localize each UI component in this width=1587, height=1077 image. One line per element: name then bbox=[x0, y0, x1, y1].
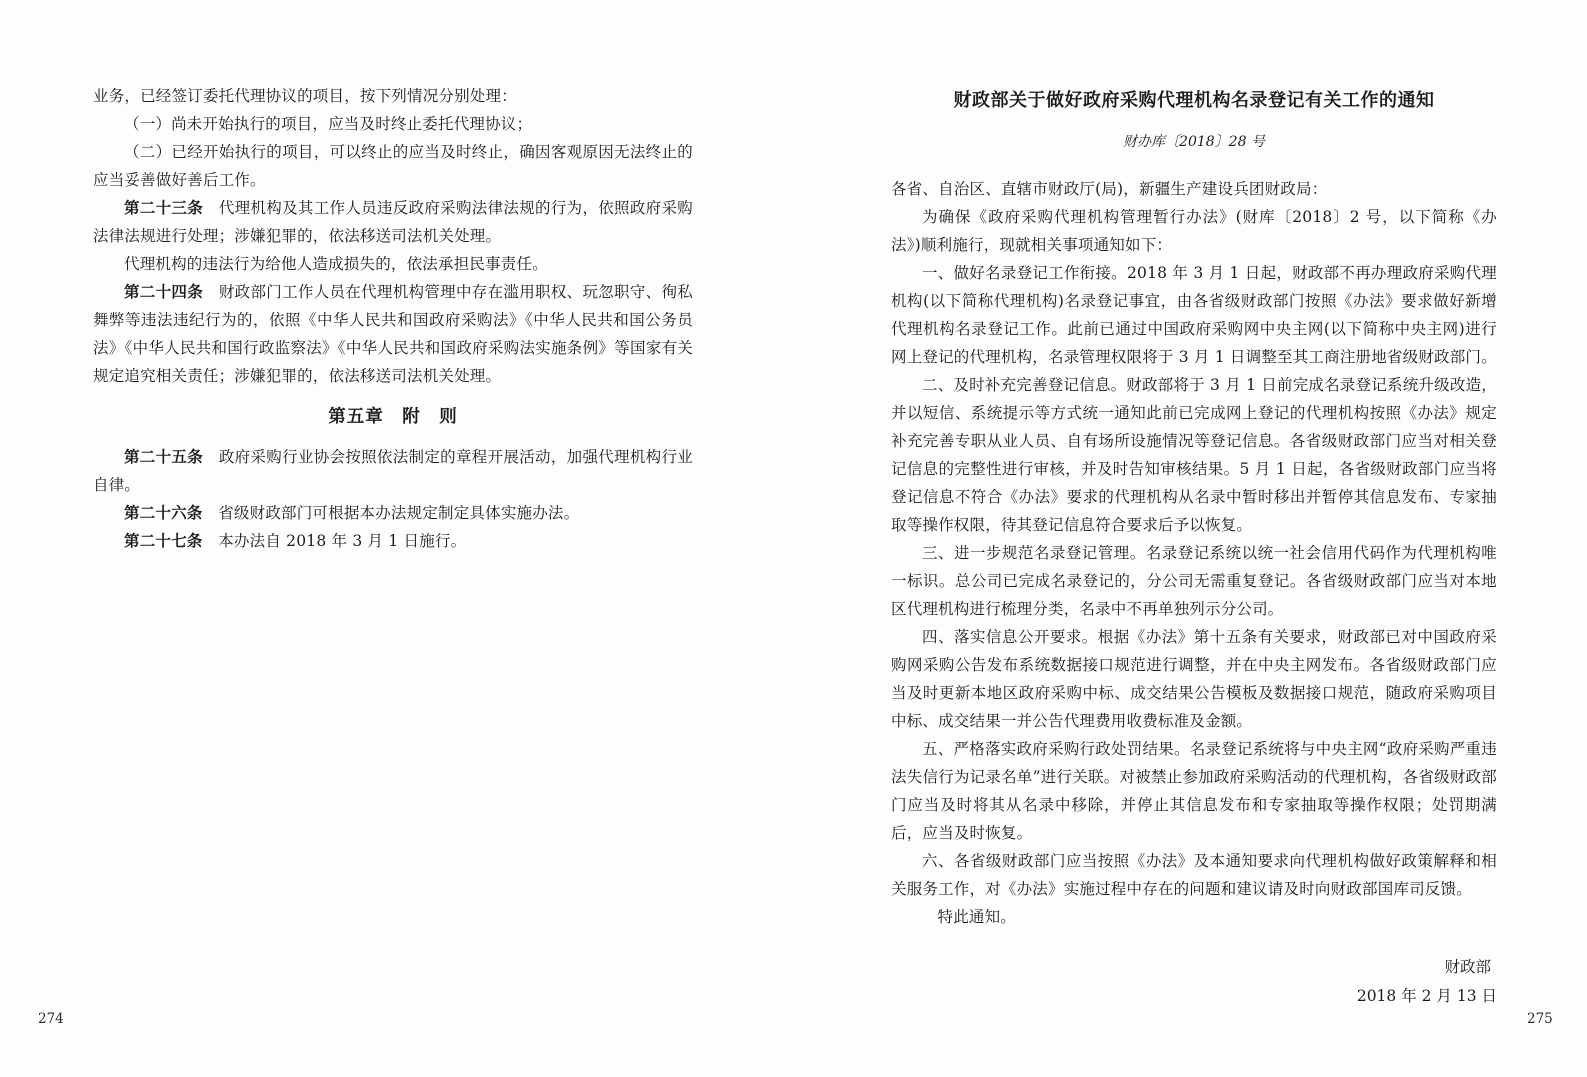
left-page-text-column: 业务，已经签订委托代理协议的项目，按下列情况分别处理： （一）尚未开始执行的项目… bbox=[93, 82, 693, 555]
numbered-item-paragraph: 一、做好名录登记工作衔接。2018 年 3 月 1 日起，财政部不再办理政府采购… bbox=[891, 259, 1497, 371]
article-paragraph: 第二十六条 省级财政部门可根据本办法规定制定具体实施办法。 bbox=[93, 499, 693, 527]
article-paragraph: 第二十七条 本办法自 2018 年 3 月 1 日施行。 bbox=[93, 527, 693, 555]
body-paragraph: （一）尚未开始执行的项目，应当及时终止委托代理协议； bbox=[93, 110, 693, 138]
body-paragraph: （二）已经开始执行的项目，可以终止的应当及时终止，确因客观原因无法终止的应当妥善… bbox=[93, 138, 693, 194]
chapter-heading: 第五章 附 则 bbox=[93, 403, 693, 431]
article-number: 第二十五条 bbox=[124, 447, 203, 466]
numbered-item-paragraph: 六、各省级财政部门应当按照《办法》及本通知要求向代理机构做好政策解释和相关服务工… bbox=[891, 847, 1497, 903]
body-paragraph: 业务，已经签订委托代理协议的项目，按下列情况分别处理： bbox=[93, 82, 693, 110]
article-text: 省级财政部门可根据本办法规定制定具体实施办法。 bbox=[203, 504, 580, 522]
article-number: 第二十七条 bbox=[124, 531, 203, 550]
signature-org: 财政部 bbox=[891, 953, 1497, 982]
article-paragraph: 第二十五条 政府采购行业协会按照依法制定的章程开展活动，加强代理机构行业自律。 bbox=[93, 443, 693, 499]
article-text: 本办法自 2018 年 3 月 1 日施行。 bbox=[203, 532, 467, 550]
article-number: 第二十三条 bbox=[124, 198, 203, 217]
page-number-right: 275 bbox=[1527, 1010, 1553, 1028]
signature-date: 2018 年 2 月 13 日 bbox=[891, 982, 1497, 1011]
notice-title: 财政部关于做好政府采购代理机构名录登记有关工作的通知 bbox=[891, 85, 1497, 117]
page-number-left: 274 bbox=[38, 1010, 64, 1028]
numbered-item-paragraph: 四、落实信息公开要求。根据《办法》第十五条有关要求，财政部已对中国政府采购网采购… bbox=[891, 623, 1497, 735]
body-paragraph: 为确保《政府采购代理机构管理暂行办法》(财库〔2018〕2 号，以下简称《办法》… bbox=[891, 203, 1497, 259]
article-number: 第二十六条 bbox=[124, 503, 203, 522]
book-spread: 业务，已经签订委托代理协议的项目，按下列情况分别处理： （一）尚未开始执行的项目… bbox=[0, 0, 1587, 1077]
article-number: 第二十四条 bbox=[124, 282, 203, 301]
body-paragraph: 代理机构的违法行为给他人造成损失的，依法承担民事责任。 bbox=[93, 250, 693, 278]
salutation-line: 各省、自治区、直辖市财政厅(局)，新疆生产建设兵团财政局： bbox=[891, 175, 1497, 203]
article-paragraph: 第二十四条 财政部门工作人员在代理机构管理中存在滥用职权、玩忽职守、徇私舞弊等违… bbox=[93, 278, 693, 390]
signature-block: 财政部 2018 年 2 月 13 日 bbox=[891, 953, 1497, 1011]
right-page-text-column: 财政部关于做好政府采购代理机构名录登记有关工作的通知 财办库〔2018〕28 号… bbox=[891, 85, 1497, 1011]
article-paragraph: 第二十三条 代理机构及其工作人员违反政府采购法律法规的行为，依照政府采购法律法规… bbox=[93, 194, 693, 250]
numbered-item-paragraph: 三、进一步规范名录登记管理。名录登记系统以统一社会信用代码作为代理机构唯一标识。… bbox=[891, 539, 1497, 623]
numbered-item-paragraph: 五、严格落实政府采购行政处罚结果。名录登记系统将与中央主网“政府采购严重违法失信… bbox=[891, 735, 1497, 847]
numbered-item-paragraph: 二、及时补充完善登记信息。财政部将于 3 月 1 日前完成名录登记系统升级改造，… bbox=[891, 371, 1497, 539]
doc-number-line: 财办库〔2018〕28 号 bbox=[891, 130, 1497, 154]
closing-line: 特此通知。 bbox=[891, 903, 1497, 931]
